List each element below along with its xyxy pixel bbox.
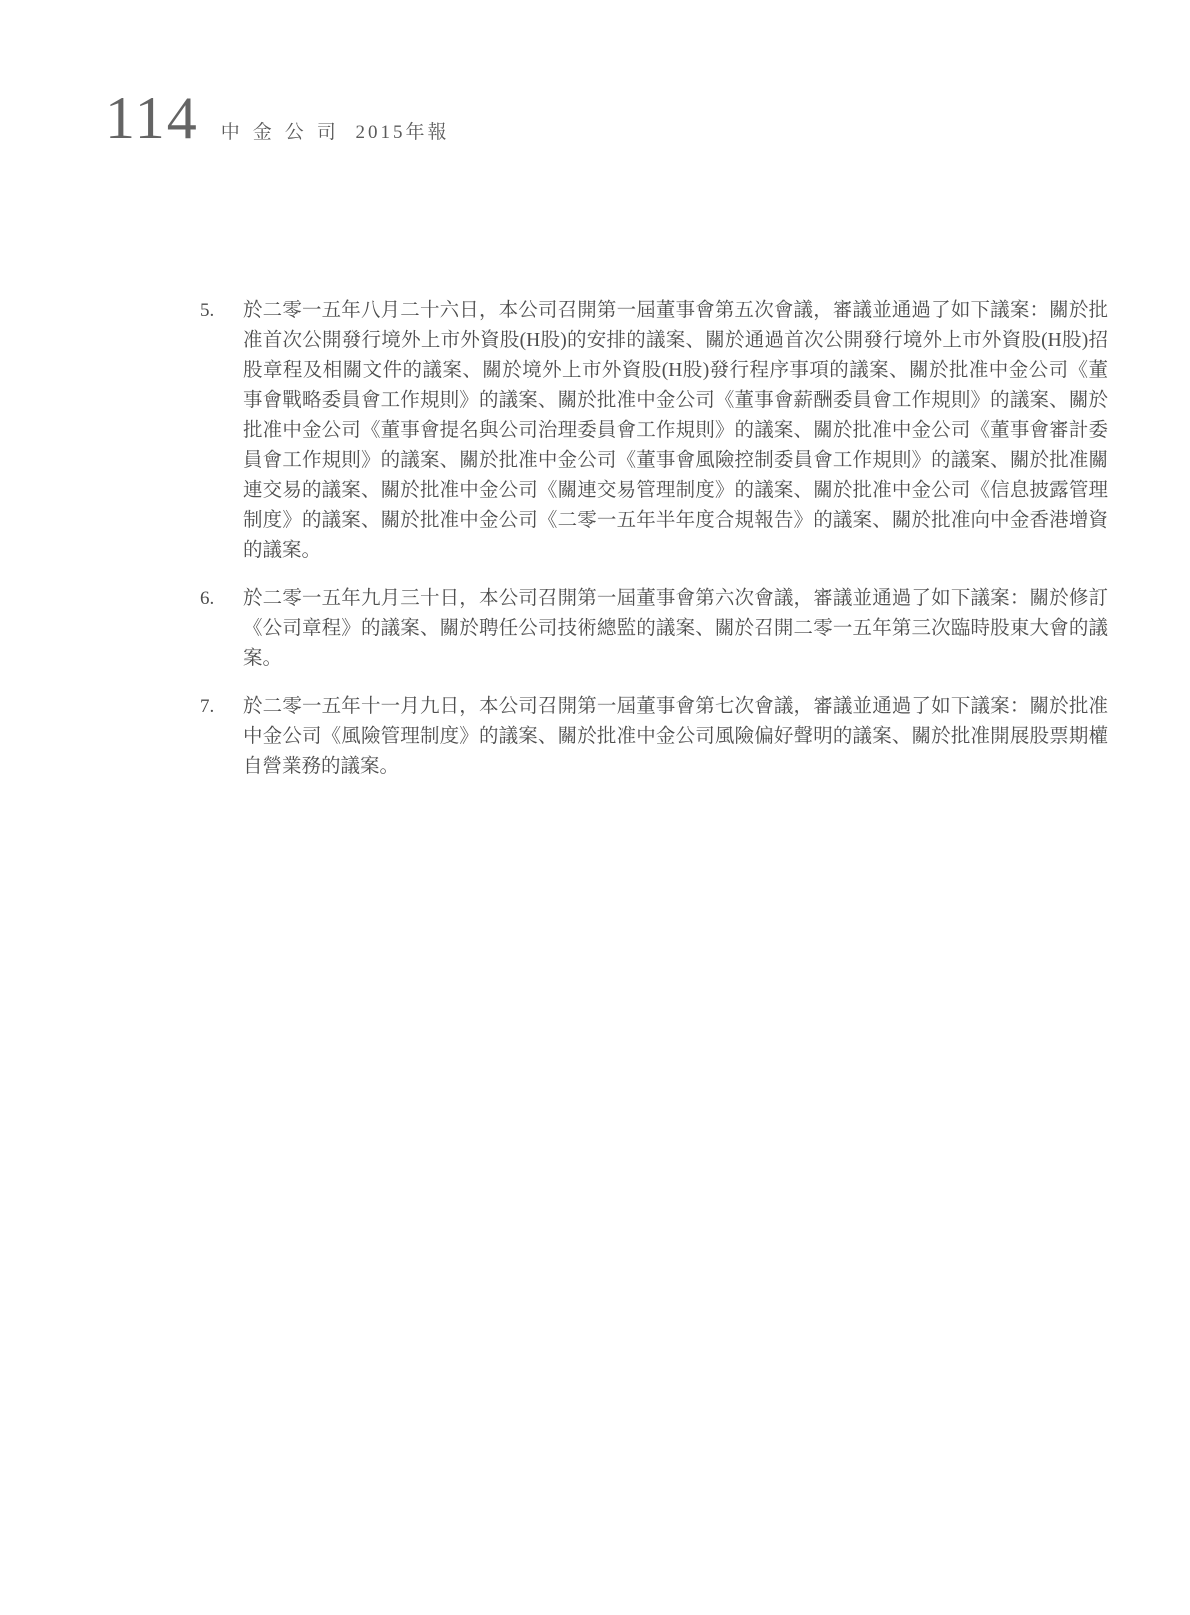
document-body: 5. 於二零一五年八月二十六日，本公司召開第一屆董事會第五次會議，審議並通過了如… bbox=[200, 296, 1108, 800]
item-number: 7. bbox=[200, 692, 243, 782]
item-text: 於二零一五年九月三十日，本公司召開第一屆董事會第六次會議，審議並通過了如下議案：… bbox=[243, 584, 1108, 674]
item-number: 5. bbox=[200, 296, 243, 566]
company-name: 中金公司 bbox=[221, 122, 349, 143]
resolution-item-7: 7. 於二零一五年十一月九日，本公司召開第一屆董事會第七次會議，審議並通過了如下… bbox=[200, 692, 1108, 782]
page-header: 114 中金公司 2015年報 bbox=[105, 88, 450, 148]
report-title: 中金公司 2015年報 bbox=[221, 117, 450, 144]
resolution-item-6: 6. 於二零一五年九月三十日，本公司召開第一屆董事會第六次會議，審議並通過了如下… bbox=[200, 584, 1108, 674]
item-text: 於二零一五年八月二十六日，本公司召開第一屆董事會第五次會議，審議並通過了如下議案… bbox=[243, 296, 1108, 566]
item-number: 6. bbox=[200, 584, 243, 674]
item-text: 於二零一五年十一月九日，本公司召開第一屆董事會第七次會議，審議並通過了如下議案：… bbox=[243, 692, 1108, 782]
resolution-item-5: 5. 於二零一五年八月二十六日，本公司召開第一屆董事會第五次會議，審議並通過了如… bbox=[200, 296, 1108, 566]
report-year-label: 2015年報 bbox=[356, 122, 450, 143]
page-number: 114 bbox=[105, 88, 199, 148]
